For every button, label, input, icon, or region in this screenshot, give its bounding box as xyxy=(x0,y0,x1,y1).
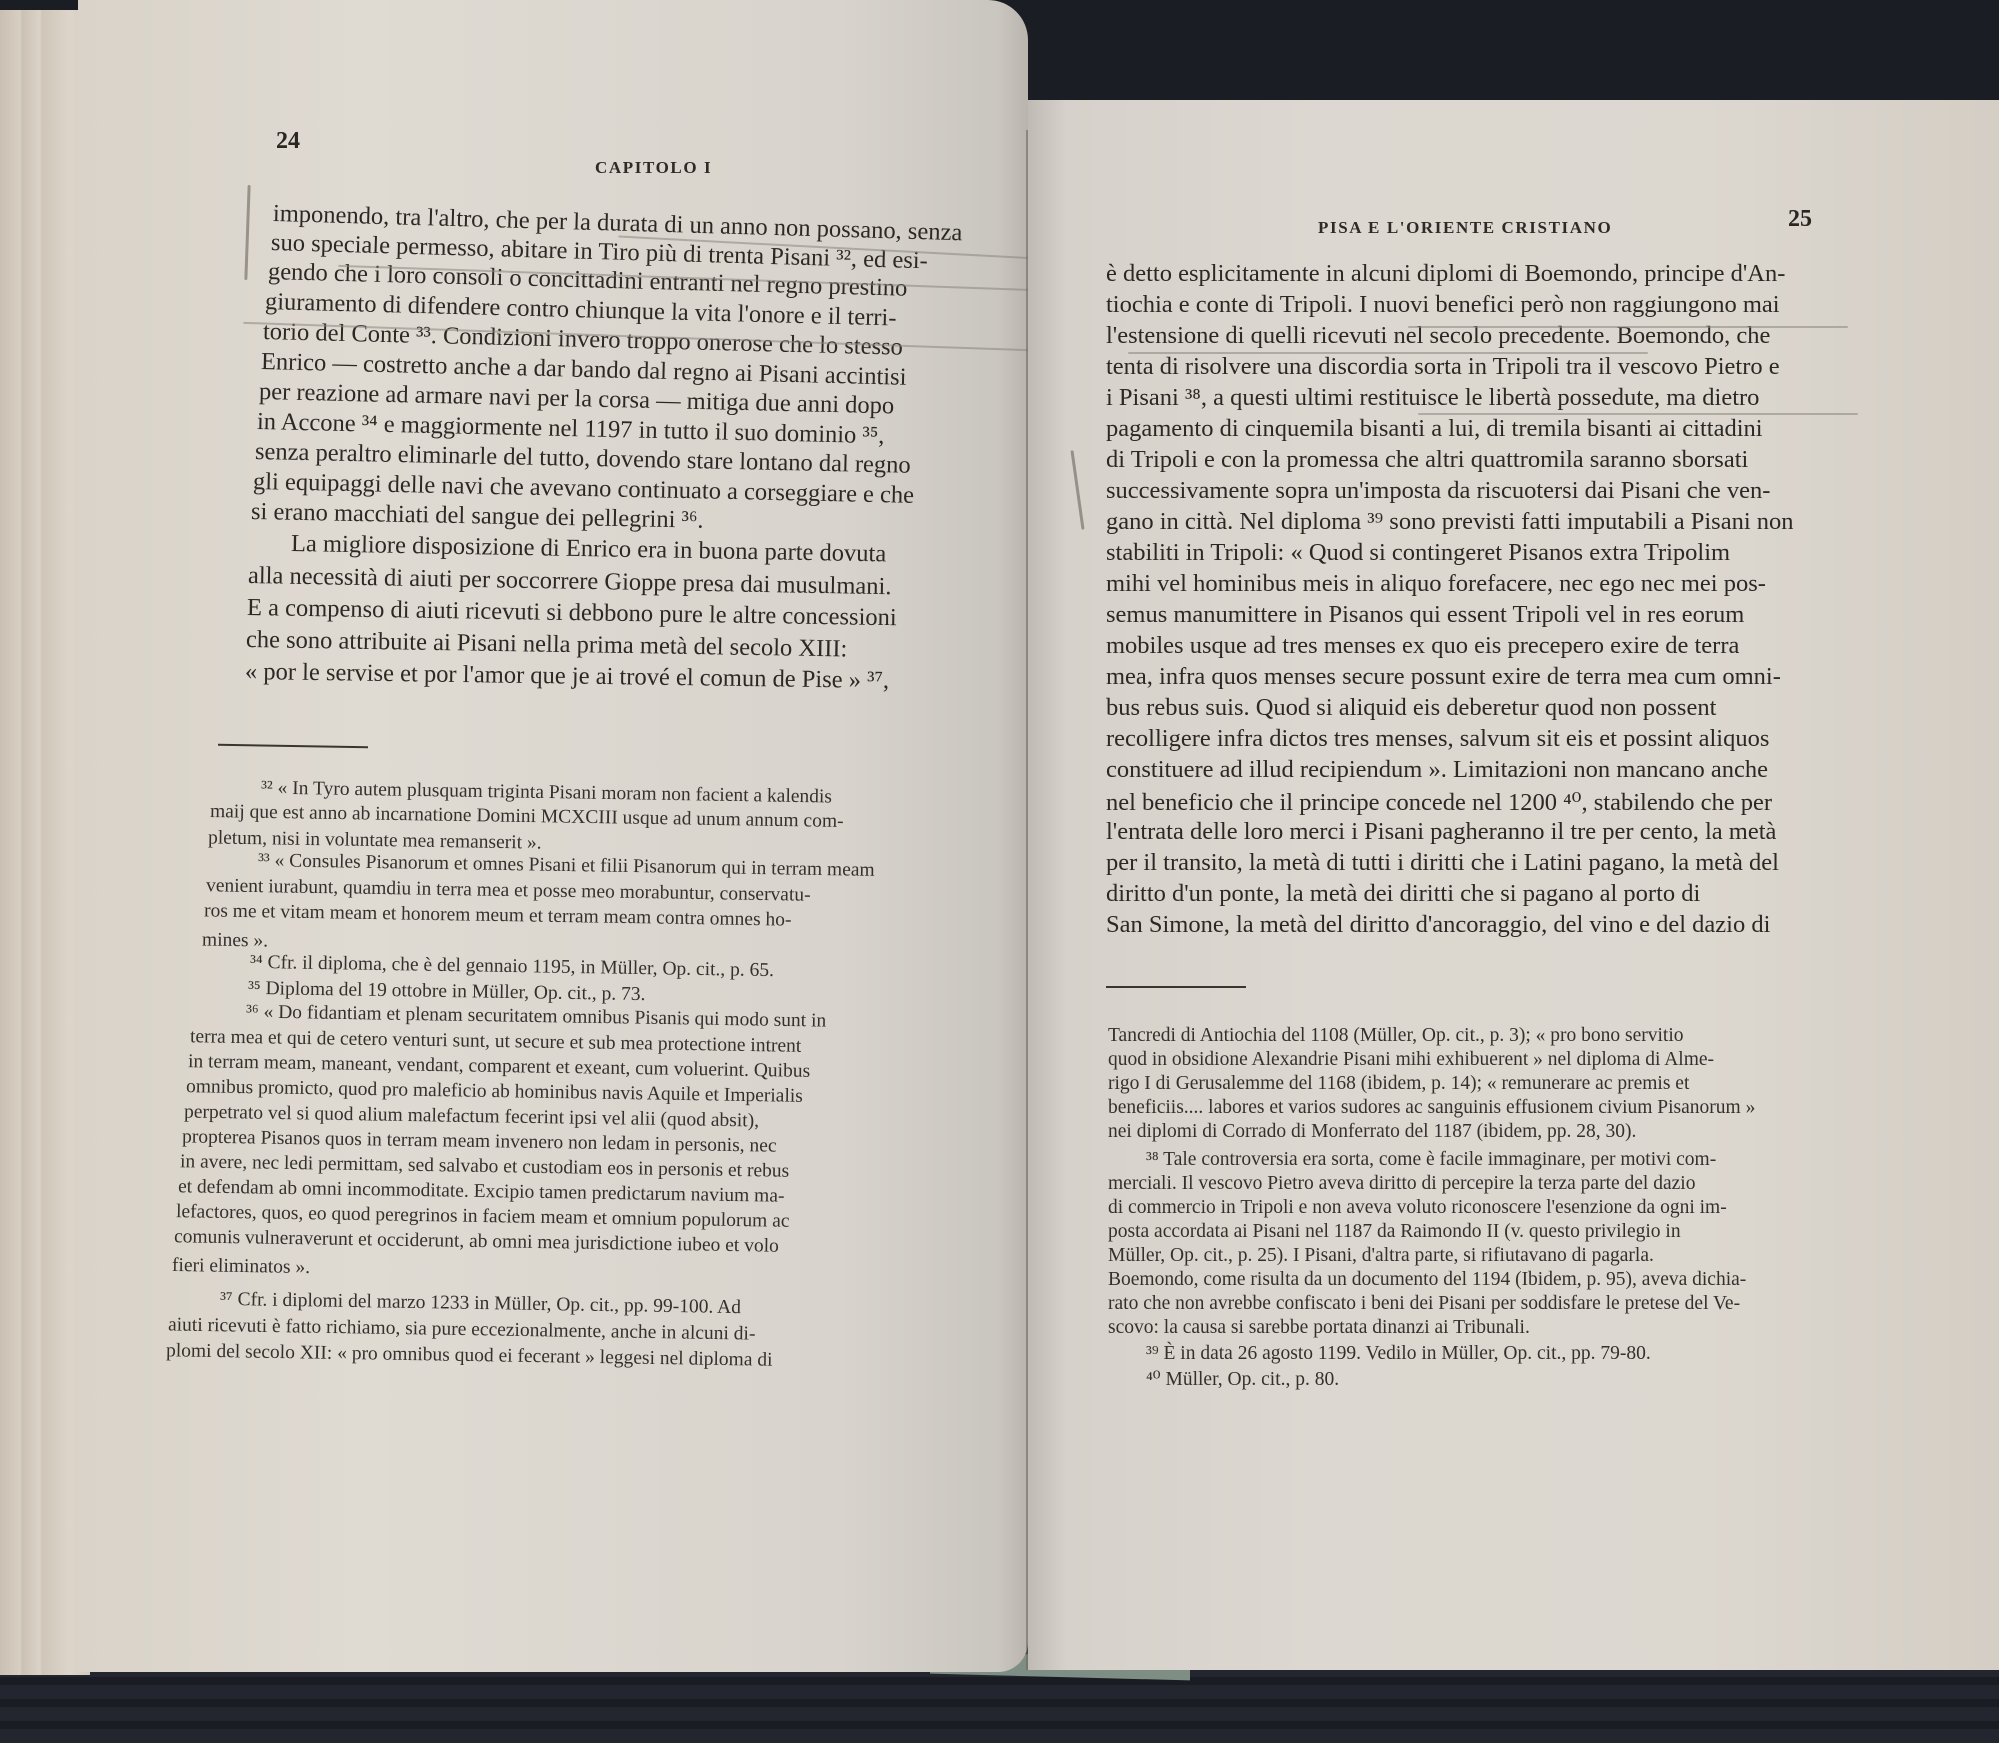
right-page: PISA E L'ORIENTE CRISTIANO 25 è detto es… xyxy=(1028,100,1999,1670)
pencil-underline xyxy=(1408,326,1848,328)
left-page: 24 CAPITOLO I imponendo, tra l'altro, ch… xyxy=(78,0,1028,1672)
body-line: constituere ad illud recipiendum ». Limi… xyxy=(1106,756,1768,784)
body-line: mobiles usque ad tres menses ex quo eis … xyxy=(1106,632,1739,660)
body-line: La migliore disposizione di Enrico era i… xyxy=(291,530,887,568)
footnote-line: plomi del secolo XII: « pro omnibus quod… xyxy=(166,1340,773,1372)
body-line: San Simone, la metà del diritto d'ancora… xyxy=(1106,911,1770,939)
footnote-line: di commercio in Tripoli e non aveva volu… xyxy=(1108,1197,1727,1219)
footnote-line: rato che non avrebbe confiscato i beni d… xyxy=(1108,1293,1740,1315)
body-line: mea, infra quos menses secure possunt ex… xyxy=(1106,663,1781,691)
footnote-line: nei diplomi di Corrado di Monferrato del… xyxy=(1108,1121,1636,1143)
footnote-line: ³⁴ Cfr. il diploma, che è del gennaio 11… xyxy=(250,952,774,982)
body-line: tenta di risolvere una discordia sorta i… xyxy=(1106,353,1780,381)
pencil-margin-mark xyxy=(1070,450,1084,530)
book-gutter xyxy=(1026,130,1028,1670)
footnote-line: Müller, Op. cit., p. 25). I Pisani, d'al… xyxy=(1108,1245,1654,1267)
footnote-line: mines ». xyxy=(202,929,268,952)
running-head-left: CAPITOLO I xyxy=(595,158,712,178)
body-line: « por le servise et por l'amor que je ai… xyxy=(245,658,890,695)
body-line: bus rebus suis. Quod si aliquid eis debe… xyxy=(1106,694,1716,722)
body-line: stabiliti in Tripoli: « Quod si continge… xyxy=(1106,539,1730,567)
footnote-line: beneficiis.... labores et varios sudores… xyxy=(1108,1097,1755,1119)
body-line: l'entrata delle loro merci i Pisani pagh… xyxy=(1106,818,1776,846)
page-number-left: 24 xyxy=(276,128,300,155)
body-line: che sono attribuite ai Pisani nella prim… xyxy=(246,626,848,663)
body-line: i Pisani ³⁸, a questi ultimi restituisce… xyxy=(1106,384,1759,412)
body-line: è detto esplicitamente in alcuni diplomi… xyxy=(1106,260,1785,288)
footnote-line: ⁴⁰ Müller, Op. cit., p. 80. xyxy=(1146,1367,1339,1391)
footnote-rule xyxy=(1106,986,1246,988)
footnote-line: Boemondo, come risulta da un documento d… xyxy=(1108,1269,1746,1291)
body-line: semus manumittere in Pisanos qui essent … xyxy=(1106,601,1744,629)
page-number-right: 25 xyxy=(1788,206,1812,233)
page-edges-stack xyxy=(0,10,90,1675)
footnote-line: ³⁷ Cfr. i diplomi del marzo 1233 in Müll… xyxy=(220,1289,741,1319)
body-line: recolligere infra dictos tres menses, sa… xyxy=(1106,725,1769,753)
body-line: tiochia e conte di Tripoli. I nuovi bene… xyxy=(1106,291,1780,319)
pencil-underline xyxy=(1128,352,1648,354)
footnote-line: fieri eliminatos ». xyxy=(172,1255,310,1279)
body-line: pagamento di cinquemila bisanti a lui, d… xyxy=(1106,415,1763,443)
body-line: gano in città. Nel diploma ³⁹ sono previ… xyxy=(1106,508,1794,536)
pencil-underline xyxy=(1418,413,1858,415)
body-line: E a compenso di aiuti ricevuti si debbon… xyxy=(247,594,897,632)
body-line: successivamente sopra un'imposta da risc… xyxy=(1106,477,1770,505)
footnote-line: ³⁹ È in data 26 agosto 1199. Vedilo in M… xyxy=(1146,1343,1651,1365)
running-head-right: PISA E L'ORIENTE CRISTIANO xyxy=(1318,218,1612,238)
footnote-rule xyxy=(218,744,368,749)
body-line: per il transito, la metà di tutti i diri… xyxy=(1106,849,1779,877)
body-line: nel beneficio che il principe concede ne… xyxy=(1106,787,1772,817)
footnote-line: Tancredi di Antiochia del 1108 (Müller, … xyxy=(1108,1025,1684,1047)
body-line: diritto d'un ponte, la metà dei diritti … xyxy=(1106,880,1700,908)
footnote-line: scovo: la causa si sarebbe portata dinan… xyxy=(1108,1317,1530,1339)
footnote-line: posta accordata ai Pisani nel 1187 da Ra… xyxy=(1108,1221,1681,1243)
footnote-line: quod in obsidione Alexandrie Pisani mihi… xyxy=(1108,1049,1714,1071)
footnote-line: merciali. Il vescovo Pietro aveva diritt… xyxy=(1108,1173,1695,1195)
footnote-line: rigo I di Gerusalemme del 1168 (ibidem, … xyxy=(1108,1073,1689,1095)
footnote-line: ³⁸ Tale controversia era sorta, come è f… xyxy=(1146,1149,1716,1171)
body-line: mihi vel hominibus meis in aliquo forefa… xyxy=(1106,570,1766,598)
body-line: di Tripoli e con la promessa che altri q… xyxy=(1106,446,1748,474)
pencil-margin-mark xyxy=(244,185,250,280)
